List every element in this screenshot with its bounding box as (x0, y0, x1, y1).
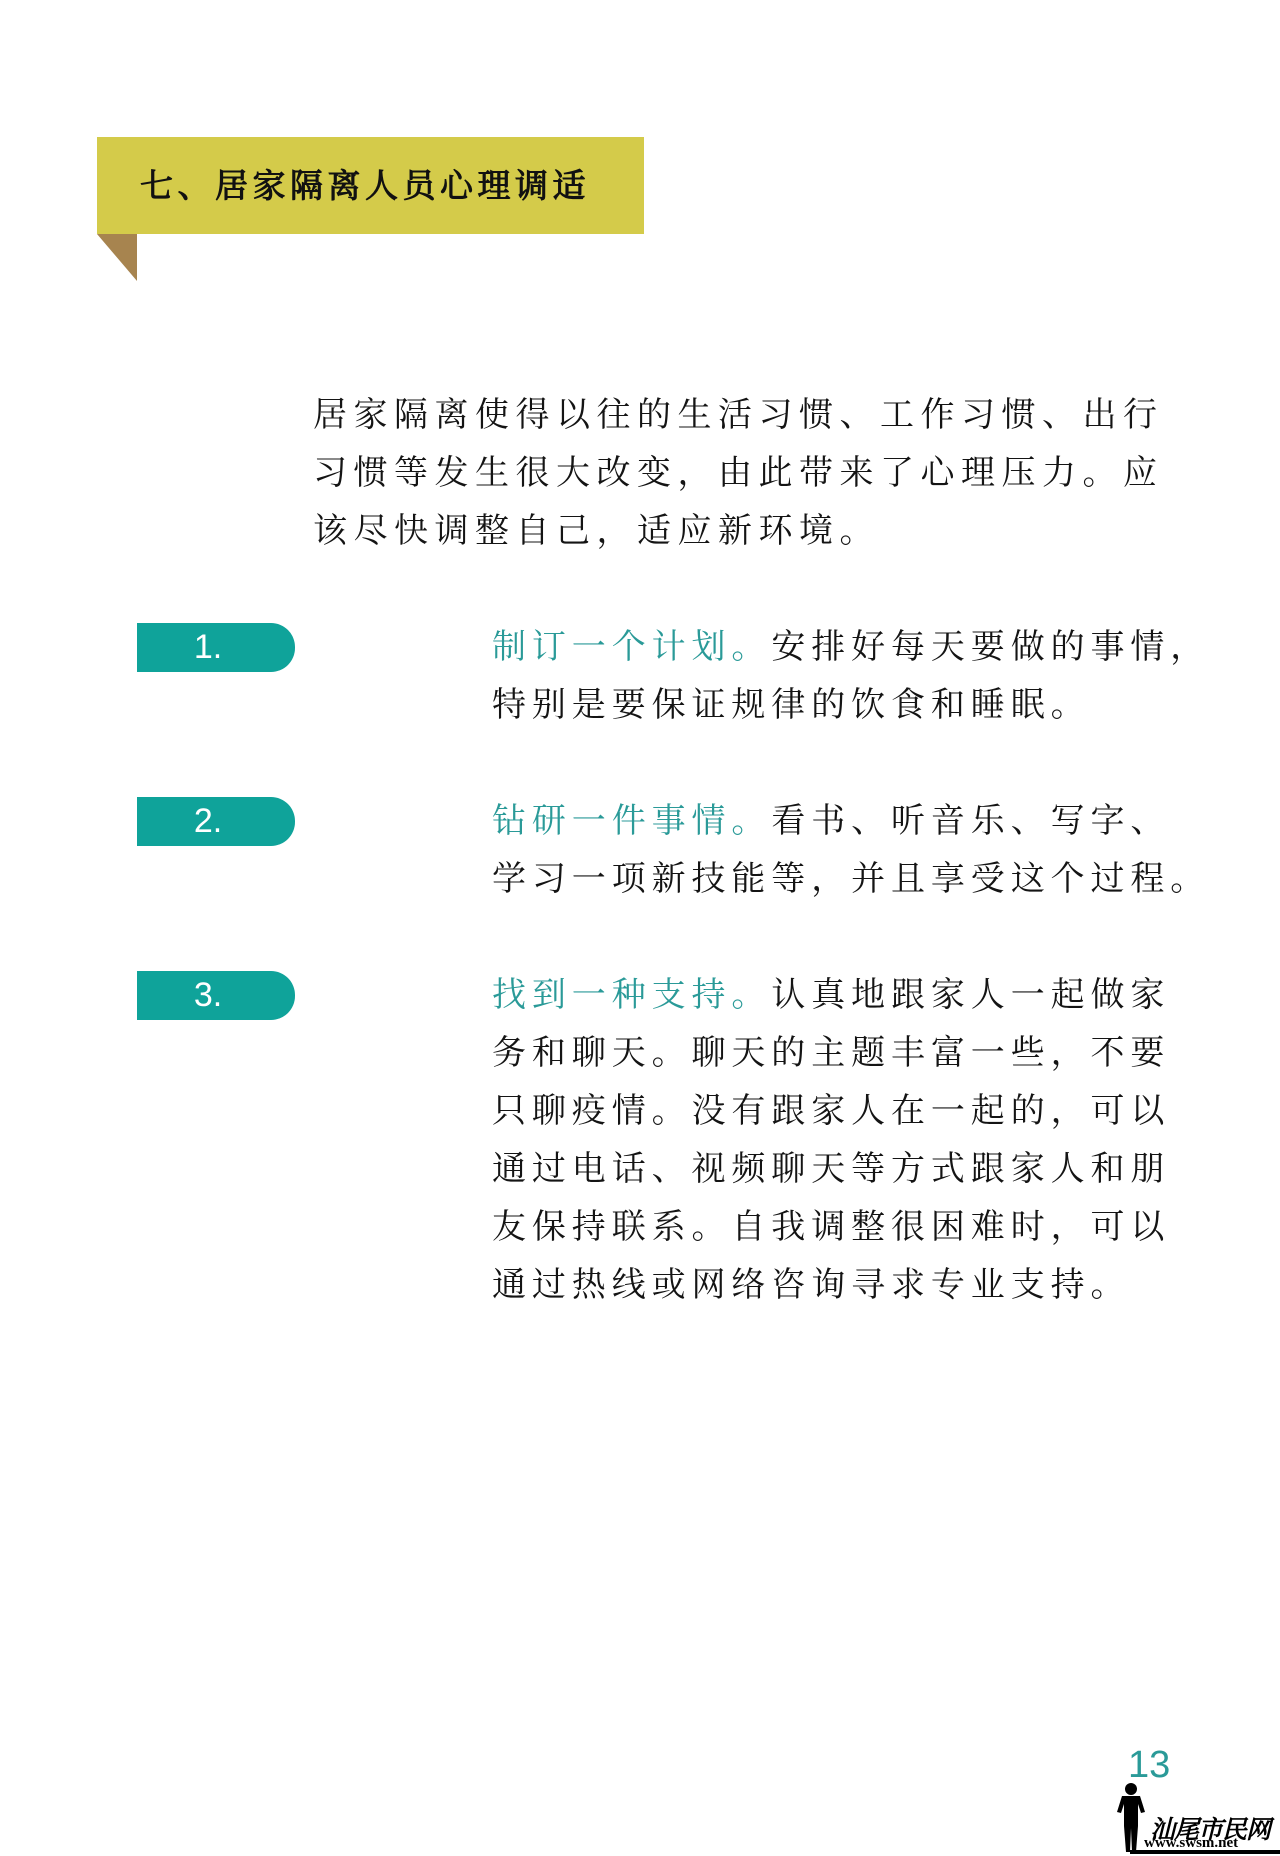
intro-paragraph: 居家隔离使得以往的生活习惯、工作习惯、出行 习惯等发生很大改变，由此带来了心理压… (313, 386, 1193, 560)
item-highlight: 制订一个计划。 (492, 627, 771, 667)
item-line: 友保持联系。自我调整很困难时，可以 (492, 1198, 1192, 1256)
item-number-badge: 2. (137, 797, 295, 846)
item-highlight: 找到一种支持。 (492, 975, 771, 1015)
item-line: 特别是要保证规律的饮食和睡眠。 (492, 676, 1192, 734)
section-title: 七、居家隔离人员心理调适 (140, 137, 590, 234)
intro-line: 该尽快调整自己，适应新环境。 (313, 502, 1193, 560)
watermark: 汕尾市民网 www.swsm.net (1110, 1780, 1280, 1856)
list-item: 制订一个计划。安排好每天要做的事情， 特别是要保证规律的饮食和睡眠。 (492, 618, 1192, 734)
section-banner: 七、居家隔离人员心理调适 (97, 137, 644, 234)
item-first-line: 钻研一件事情。看书、听音乐、写字、 (492, 792, 1192, 850)
person-silhouette-icon (1116, 1782, 1146, 1854)
item-text: 认真地跟家人一起做家 (771, 975, 1170, 1015)
item-line: 只聊疫情。没有跟家人在一起的，可以 (492, 1082, 1192, 1140)
item-text: 安排好每天要做的事情， (771, 627, 1210, 667)
list-item: 找到一种支持。认真地跟家人一起做家 务和聊天。聊天的主题丰富一些，不要 只聊疫情… (492, 966, 1192, 1314)
list-item: 钻研一件事情。看书、听音乐、写字、 学习一项新技能等，并且享受这个过程。 (492, 792, 1192, 908)
intro-line: 习惯等发生很大改变，由此带来了心理压力。应 (313, 444, 1193, 502)
intro-line: 居家隔离使得以往的生活习惯、工作习惯、出行 (313, 386, 1193, 444)
item-number-badge: 3. (137, 971, 295, 1020)
item-first-line: 制订一个计划。安排好每天要做的事情， (492, 618, 1192, 676)
item-line: 通过热线或网络咨询寻求专业支持。 (492, 1256, 1192, 1314)
item-highlight: 钻研一件事情。 (492, 801, 771, 841)
item-line: 学习一项新技能等，并且享受这个过程。 (492, 850, 1192, 908)
watermark-underline (1130, 1850, 1280, 1854)
item-first-line: 找到一种支持。认真地跟家人一起做家 (492, 966, 1192, 1024)
item-line: 务和聊天。聊天的主题丰富一些，不要 (492, 1024, 1192, 1082)
item-text: 看书、听音乐、写字、 (771, 801, 1170, 841)
item-number-badge: 1. (137, 623, 295, 672)
item-line: 通过电话、视频聊天等方式跟家人和朋 (492, 1140, 1192, 1198)
banner-fold-decoration (97, 234, 137, 281)
